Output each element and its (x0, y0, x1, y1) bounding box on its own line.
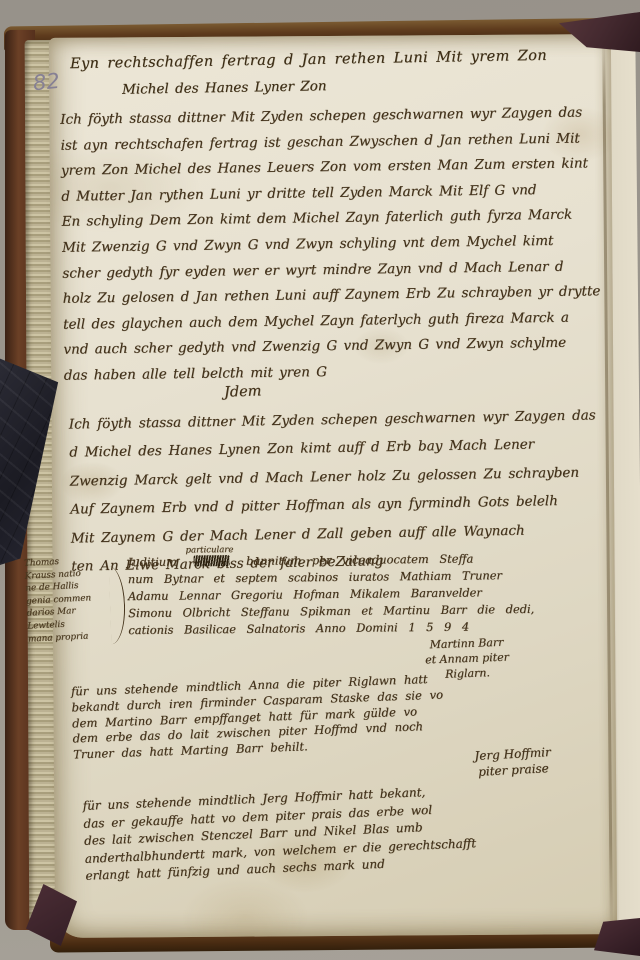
paragraph-first-entry: Ich föyth stassa dittner Mit Zyden schep… (60, 100, 602, 389)
latin-lines: num Bytnar et septem scabinos iuratos Ma… (128, 567, 535, 639)
manuscript-line: mana propria (28, 630, 94, 646)
entry-heading-line1: Eyn rechtschaffen fertrag d Jan rethen L… (70, 48, 547, 72)
margin-note-latin: ThomasKrauss natione de Hallisgenia comm… (24, 554, 94, 645)
latin-entry: Juditium bannitum per viceaduocatem Stef… (128, 550, 535, 639)
latin-line1-post: bannitum per viceaduocatem Steffa (246, 552, 473, 568)
entry-heading-line2: Michel des Hanes Lyner Zon (122, 78, 327, 98)
handwriting-layer: 82 Eyn rechtschaffen fertrag d Jan rethe… (0, 0, 640, 960)
folio-number: 82 (32, 69, 61, 96)
latin-line1-pre: Juditium (128, 555, 177, 570)
interline-note: particulare (185, 542, 233, 559)
idem-label: Jdem (224, 383, 262, 400)
witness-names-second: Jerg Hoffmirpiter praise (447, 743, 578, 782)
manuscript-photo: 82 Eyn rechtschaffen fertrag d Jan rethe… (0, 0, 640, 960)
paragraph-third-entry: für uns stehende mindtlich Anna die pite… (71, 672, 445, 764)
paragraph-fourth-entry: für uns stehende mindtlich Jerg Hoffmir … (82, 782, 477, 886)
